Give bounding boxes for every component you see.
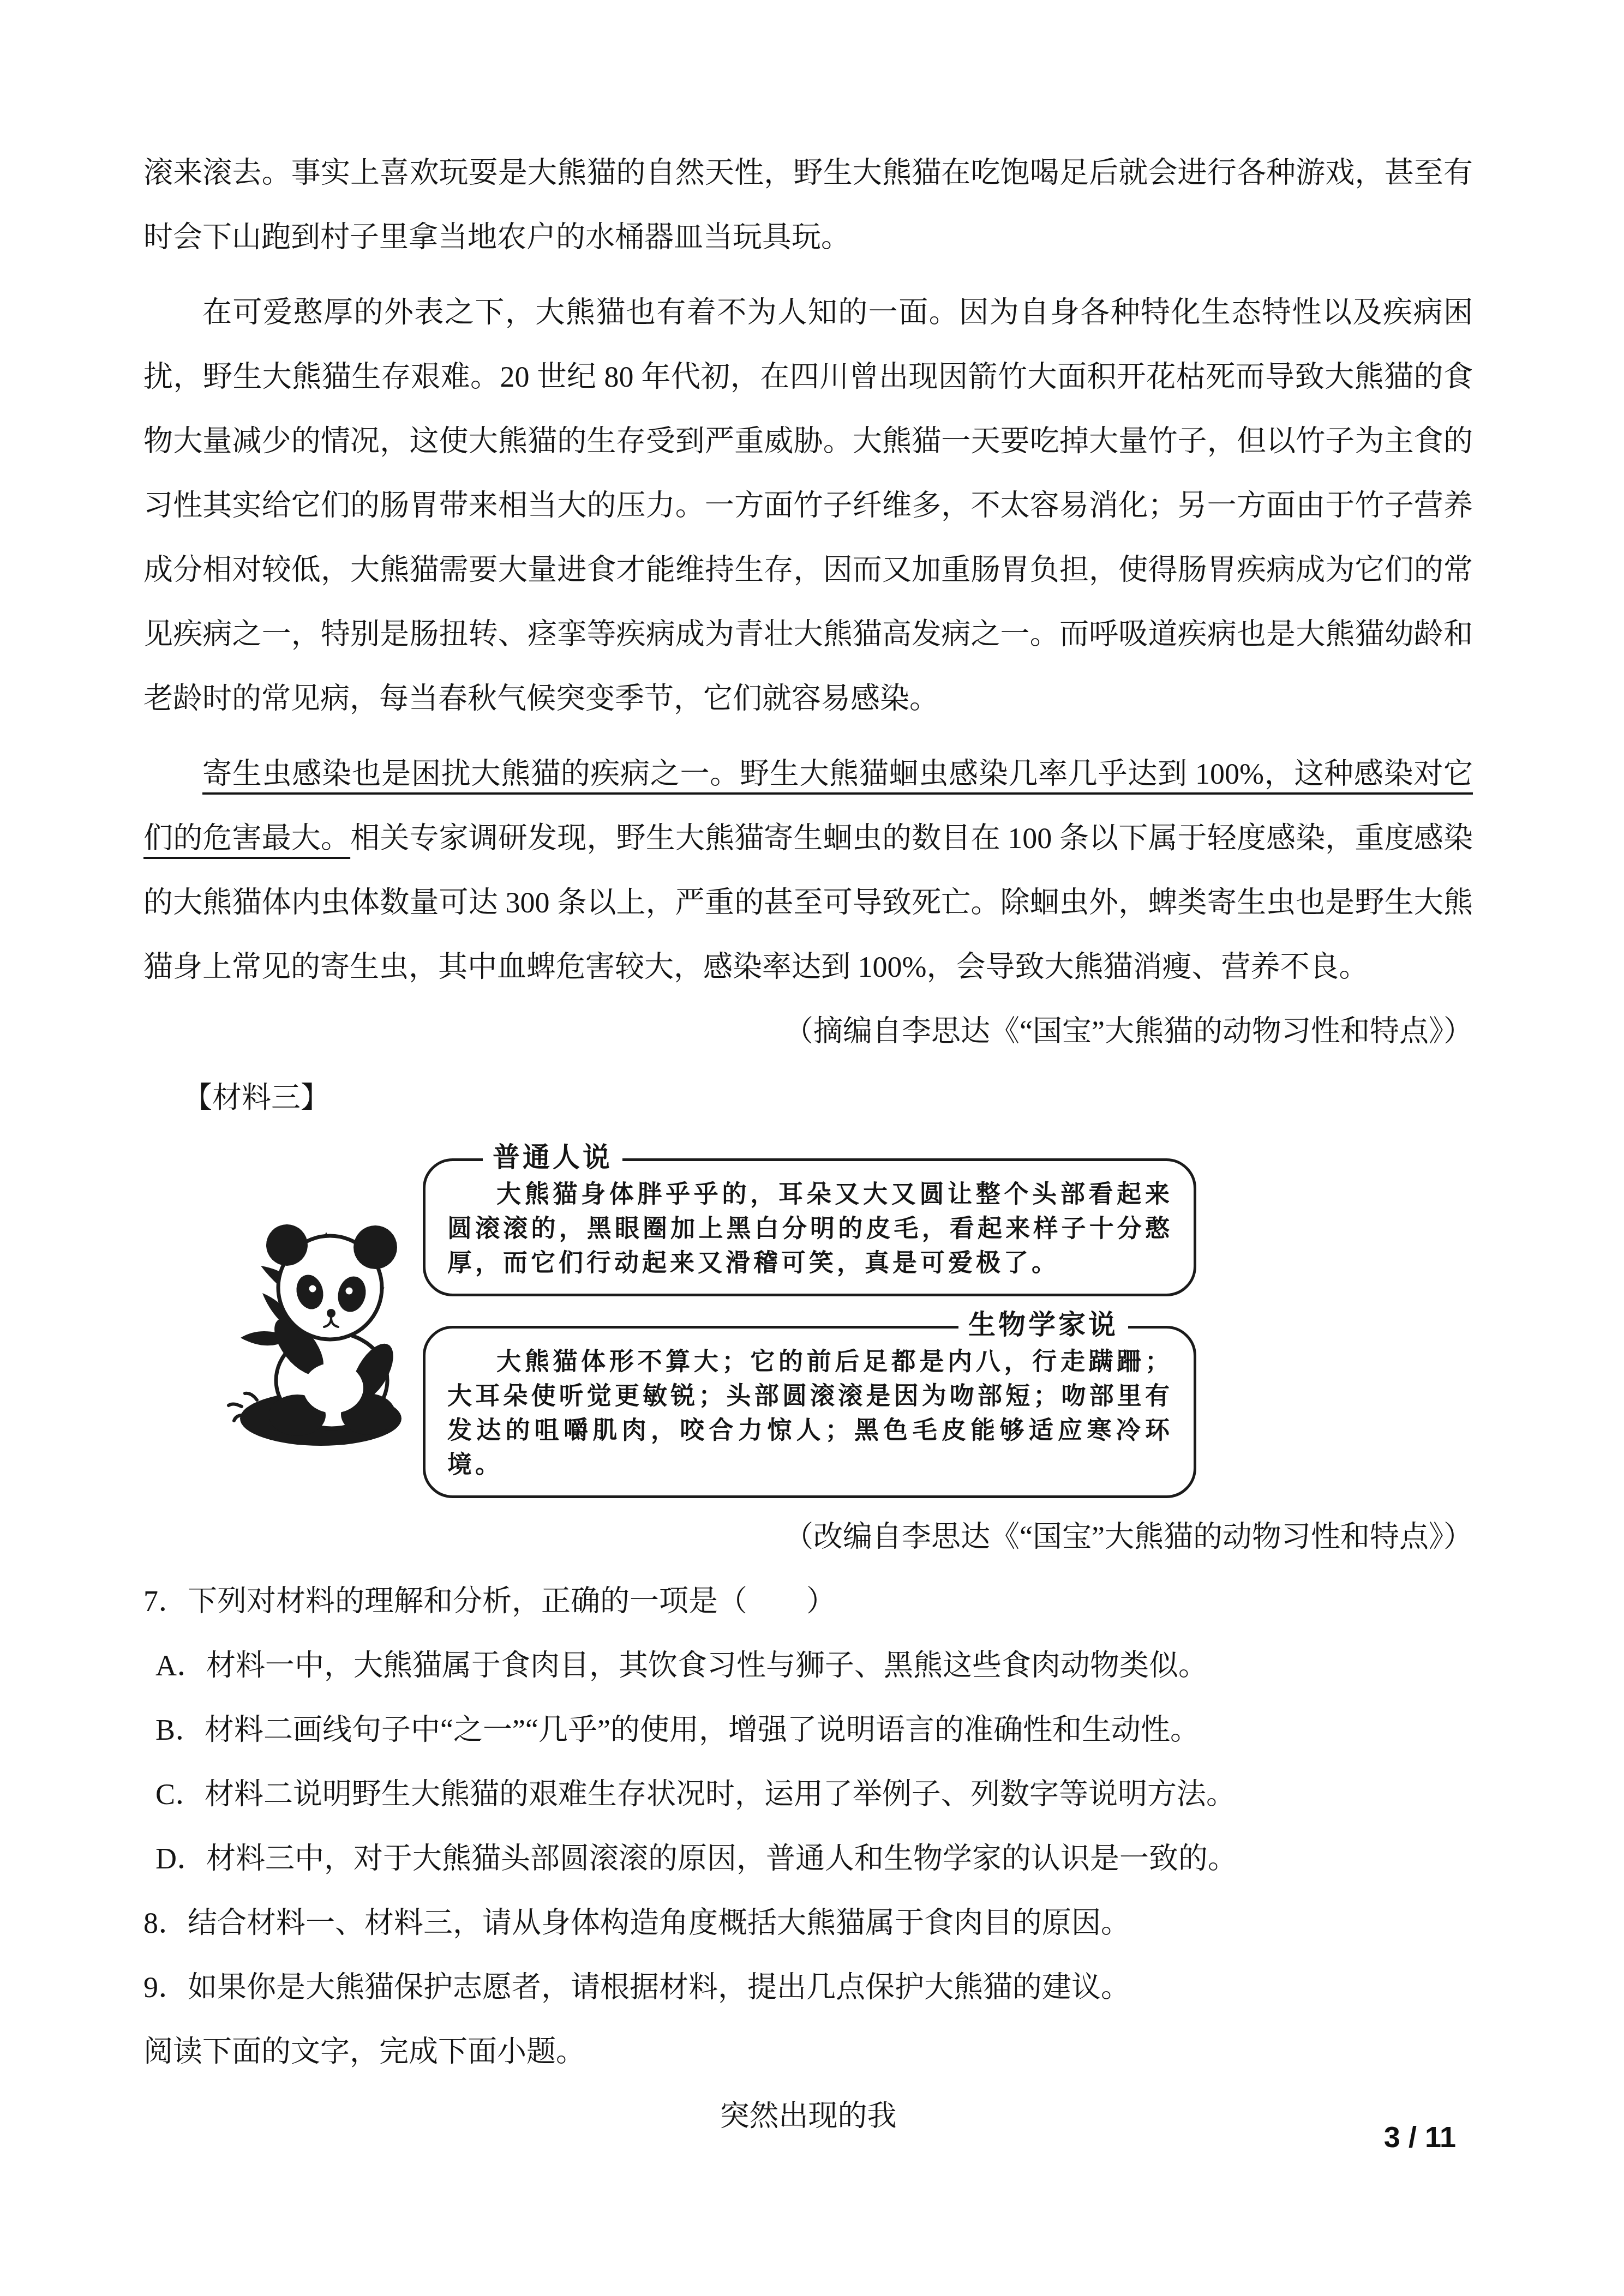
question-7-option-a: A．材料一中，大熊猫属于食肉目，其饮食习性与狮子、黑熊这些食肉动物类似。 — [155, 1633, 1473, 1698]
material2-attribution: （摘编自李思达《“国宝”大熊猫的动物习性和特点》） — [143, 999, 1473, 1063]
question-7-options: A．材料一中，大熊猫属于食肉目，其饮食习性与狮子、黑熊这些食肉动物类似。 B．材… — [155, 1633, 1473, 1891]
ordinary-person-text: 大熊猫身体胖乎乎的，耳朵又大又圆让整个头部看起来圆滚滚的，黑眼圈加上黑白分明的皮… — [447, 1177, 1173, 1281]
exam-document-page: 滚来滚去。事实上喜欢玩耍是大熊猫的自然天性，野生大熊猫在吃饱喝足后就会进行各种游… — [0, 0, 1624, 2148]
question-7-option-c: C．材料二说明野生大熊猫的艰难生存状况时，运用了举例子、列数字等说明方法。 — [155, 1762, 1473, 1826]
material2-paragraph-3: 寄生虫感染也是困扰大熊猫的疾病之一。野生大熊猫蛔虫感染几率几乎达到 100%，这… — [143, 742, 1473, 999]
speech-boxes: 普通人说 大熊猫身体胖乎乎的，耳朵又大又圆让整个头部看起来圆滚滚的，黑眼圈加上黑… — [423, 1158, 1196, 1498]
biologist-label: 生物学家说 — [958, 1308, 1128, 1342]
question-7-option-b: B．材料二画线句子中“之一”“几乎”的使用，增强了说明语言的准确性和生动性。 — [155, 1698, 1473, 1762]
material3-figure: 普通人说 大熊猫身体胖乎乎的，耳朵又大又圆让整个头部看起来圆滚滚的，黑眼圈加上黑… — [209, 1158, 1262, 1498]
page-number: 3 / 11 — [1384, 2120, 1456, 2154]
biologist-box: 生物学家说 大熊猫体形不算大；它的前后足都是内八，行走蹒跚；大耳朵使听觉更敏锐；… — [423, 1326, 1196, 1498]
material3-attribution: （改编自李思达《“国宝”大熊猫的动物习性和特点》） — [143, 1505, 1473, 1569]
question-9: 9．如果你是大熊猫保护志愿者，请根据材料，提出几点保护大熊猫的建议。 — [143, 1955, 1473, 2019]
ordinary-person-label: 普通人说 — [483, 1140, 622, 1175]
material2-paragraph-2: 在可爱憨厚的外表之下，大熊猫也有着不为人知的一面。因为自身各种特化生态特性以及疾… — [143, 280, 1473, 731]
question-8: 8．结合材料一、材料三，请从身体构造角度概括大熊猫属于食肉目的原因。 — [143, 1891, 1473, 1955]
question-7-stem: 7．下列对材料的理解和分析，正确的一项是（ ） — [143, 1569, 1473, 1633]
page-content: 滚来滚去。事实上喜欢玩耍是大熊猫的自然天性，野生大熊猫在吃饱喝足后就会进行各种游… — [0, 0, 1624, 2148]
ordinary-person-box: 普通人说 大熊猫身体胖乎乎的，耳朵又大又圆让整个头部看起来圆滚滚的，黑眼圈加上黑… — [423, 1158, 1196, 1296]
biologist-text: 大熊猫体形不算大；它的前后足都是内八，行走蹒跚；大耳朵使听觉更敏锐；头部圆滚滚是… — [447, 1345, 1173, 1482]
panda-illustration — [209, 1200, 416, 1457]
question-7-option-d: D．材料三中，对于大熊猫头部圆滚滚的原因，普通人和生物学家的认识是一致的。 — [155, 1826, 1473, 1891]
passage-title: 突然出现的我 — [143, 2084, 1473, 2148]
material3-label: 【材料三】 — [143, 1066, 1473, 1130]
reading-instruction: 阅读下面的文字，完成下面小题。 — [143, 2019, 1473, 2084]
material2-paragraph-continuation: 滚来滚去。事实上喜欢玩耍是大熊猫的自然天性，野生大熊猫在吃饱喝足后就会进行各种游… — [143, 141, 1473, 269]
